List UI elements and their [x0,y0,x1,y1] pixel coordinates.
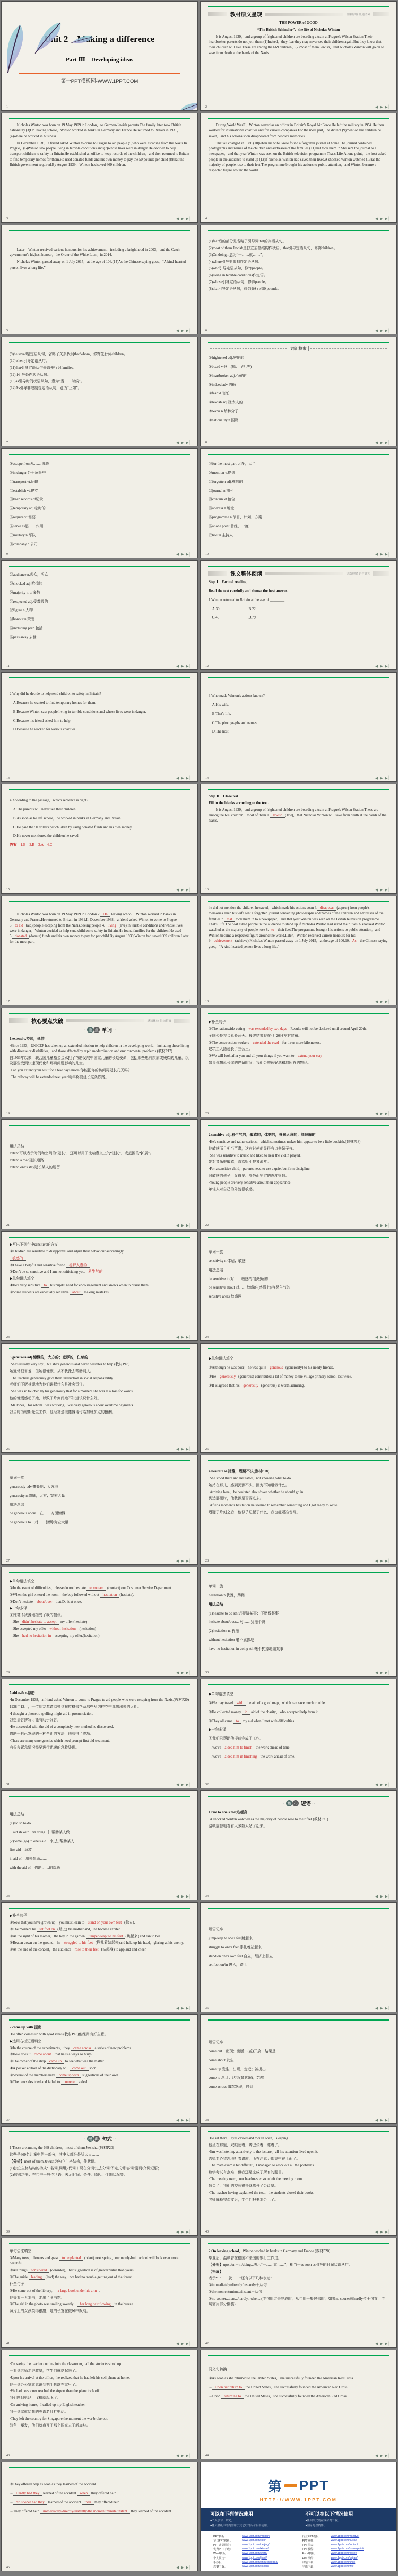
text-line: extend a road延长道路 [10,1158,189,1163]
text-line: A.Because he wanted to find temporary ho… [10,701,189,706]
text-segment: ①We may travel [209,1701,234,1705]
text-line: A.His wife. [209,703,388,708]
text-segment: ②The moment he [10,1928,37,1931]
text-line: ▶选用右栏短语填空 [10,2039,189,2044]
slide-nav-arrows-icon[interactable]: ◀ ▶ ▶▏ [176,1223,193,1228]
text-segment: (挣扎着站起来)and held up his head，glaring at … [96,1941,184,1945]
slide-content: THE POWER of GOOD“The British Schindler”… [201,20,396,56]
slide-nav-arrows-icon[interactable]: ◀ ▶ ▶▏ [176,217,193,221]
answer-blank: come out [70,2067,88,2071]
text-line: 4.hesitate vi.犹豫，迟疑不决(教材P18) [209,1469,388,1475]
header-bar-left [208,12,227,16]
text-line: 补全句子 [10,2282,189,2287]
link-url[interactable]: www.1ppt.com/ziti/ [331,2565,354,2569]
slide-4: During World WarⅡ，Winton served as an of… [200,113,397,223]
text-line: 短语记牢 [209,1927,388,1933]
section-header: 课文整体阅读语篇理解 语言建构 [208,569,389,577]
site-link[interactable]: 第一PPT模板网-WWW.1PPT.COM [2,77,197,84]
text-line: 老师解释完课文后，学生们把书本合上了。 [209,2198,388,2203]
slide-nav-arrows-icon[interactable]: ◀ ▶ ▶▏ [176,2454,193,2458]
slide-content: ▶单句语法填空①Although he was poor，he was quit… [201,1352,396,1389]
text-line: ⑭temporary adj.临时的 [10,506,189,511]
answer-blank: generous [267,1366,285,1370]
link-url[interactable]: www.1ppt.com/shouchaobao/ [242,2561,278,2564]
slide-nav-arrows-icon[interactable]: ◀ ▶ ▶▏ [375,1671,392,1675]
slide-top-rule [9,1237,190,1238]
link-url[interactable]: www.1ppt.com/jieri/ [242,2539,266,2543]
badge-label: 短语 [301,1799,311,1807]
link-label: Word模板： [213,2552,242,2555]
link-label: 个人简历： [213,2556,242,2560]
text-line: ㉗host n.主持人 [209,533,388,539]
text-line: 他敏感而且相当严肃，这有时使他显得有点书呆子气。 [209,1146,388,1152]
text-line: come out 出现；出版；(花)开放；结果是 [209,2049,388,2054]
badge-dots-icon: ·· [82,2137,86,2141]
page-number: 40 [205,2230,209,2234]
text-line: 2.come up with 提出 [10,2025,189,2031]
slide-nav-arrows-icon[interactable]: ◀ ▶ ▶▏ [176,2565,193,2570]
link-url[interactable]: www.1ppt.com/shiti/ [331,2561,356,2564]
text-line: Nicholas Winton was born on 19 May 1909 … [10,123,189,139]
text-segment: ②How does it [10,2053,31,2057]
text-line: (1)fear后的部分是省略了引导词that的宾语从句。 [209,239,388,244]
text-segment: → [10,2492,13,2495]
slide-top-rule [208,6,389,7]
link-label: 试题下载： [302,2561,331,2564]
usage-forbidden-item: ■刻录光盘销售。 [306,2524,387,2527]
text-line: ⑥The two sides tried and failed to come … [10,2080,189,2085]
slide-nav-arrows-icon[interactable]: ◀ ▶ ▶▏ [375,776,392,780]
text-segment: ②He collected money [209,1710,242,1714]
text-line: ②The moment he set foot on(踏上) his mothe… [10,1927,189,1933]
text-line: ·Mr Jones，for whom I was working，was ver… [10,1403,189,1408]
text-line: 数学考试有点难，但我还是完成了所有的题目。 [209,2170,388,2175]
slide-27: 单词一族generously adv.慷慨地；大方地generosity n.慷… [1,1455,198,1565]
text-line: 有很多紧急情况需要进行迅速的急救处理。 [10,1745,189,1751]
slide-23: ▶写出下列句中sensitive的含义①Children are sensiti… [1,1231,198,1341]
text-line: ·A shocked Winton watched as the majorit… [209,1817,388,1822]
page-number: 15 [6,888,10,892]
link-url[interactable]: www.1ppt.com/excel/ [331,2552,357,2555]
text-line: ④He's very sensitive to his pupils' need… [10,1283,189,1289]
slide-nav-arrows-icon[interactable]: ◀ ▶ ▶▏ [176,2118,193,2122]
slide-33: 用法总结(1)aid sb to do... aid sb with.../in… [1,1790,198,1900]
slide-top-rule [9,901,190,902]
text-segment: ④He's very sensitive [10,1284,41,1287]
text-line: (2)hesitation n. 犹豫 [209,1629,388,1634]
presentation-subtitle: Part Ⅲ Developing ideas [2,55,197,64]
slide-content: 5.aid n.& v.帮助·In December 1938，a friend… [2,1688,197,1751]
answer-blank: extend your stay [295,1054,325,1058]
link-row: PPT教程：www.1ppt.com/powerpoint/ [302,2547,384,2551]
text-line: 借助于自己发现的一种全新的方法，他获得了成功。 [10,1732,189,1737]
logo-dash-icon [284,2484,297,2487]
text-line: →She didn't hesitate to accept my offer.… [10,1620,189,1625]
link-url[interactable]: www.1ppt.com/word/ [242,2552,267,2555]
text-line: (4)where引导非限制性定语从句。 [209,260,388,265]
text-line: first aid 急救 [10,1848,189,1853]
page-number: 9 [6,553,8,556]
slides-grid: Unit 2 Making a differencePart Ⅲ Develop… [0,0,398,2572]
text-line: generosity n.慷慨，大方；宽宏大量 [10,1494,189,1499]
text-segment: ④Beaten down on the ground，he [10,1941,61,1945]
text-line: ·For a sensitive child，parents need to u… [209,1167,388,1172]
slide-nav-arrows-icon[interactable]: ◀ ▶ ▶▏ [176,1447,193,1451]
answer-blank: to [269,928,276,932]
text-line: jump/leap to one's feet跳起来 [209,1936,388,1942]
page-number: 32 [205,1783,209,1786]
slide-content: 1.These are among the 669 children，most … [2,2145,197,2178]
slide-content: 4.According to the passage，which sentenc… [2,793,197,849]
slide-content: ▶补全句子①Now that you have grown up，you mus… [2,1911,197,1953]
answer-blank: aided him to finish [222,1746,255,1750]
text-line: →Upon her return to the United States，sh… [209,2385,388,2390]
answer-blank: was extended by two days [246,1027,289,1031]
text-segment: . [325,1054,326,1058]
answer-blank: rose to their feet [72,1948,101,1952]
slide-13: 2.Why did he decide to help send childre… [1,672,198,782]
link-url[interactable]: www.1ppt.com/beijing/ [242,2543,270,2547]
slide-nav-arrows-icon[interactable]: ◀ ▶ ▶▏ [375,888,392,892]
text-line: (11)that引导定语从句修饰先行词families。 [10,366,189,371]
answer-blank: living [105,924,119,928]
badge-char: 重 [87,1027,93,1033]
answer-blank: came across [71,2046,93,2051]
slide-nav-arrows-icon[interactable]: ◀ ▶ ▶▏ [375,1000,392,1004]
link-url[interactable]: www.1ppt.com/powerpoint/ [331,2547,364,2551]
slide-top-rule [9,342,190,343]
link-url[interactable]: www.1ppt.com/jiaoan/ [242,2565,269,2569]
slide-top-rule [208,789,389,790]
slide-nav-arrows-icon[interactable]: ◀ ▶ ▶▏ [375,217,392,221]
text-segment: (跳起来) and ran to her. [125,1935,160,1938]
slide-nav-arrows-icon[interactable]: ◀ ▶ ▶▏ [176,1559,193,1563]
slide-6: (1)fear后的部分是省略了引导词that的宾语从句。(2)most of t… [200,225,397,334]
link-row: 教案下载：www.1ppt.com/jiaoan/ [213,2565,295,2569]
link-row: 个人简历：www.1ppt.com/jianli/ [213,2556,295,2560]
slide-nav-arrows-icon[interactable]: ◀ ▶ ▶▏ [375,1447,392,1451]
slide-nav-arrows-icon[interactable]: ◀ ▶ ▶▏ [375,2118,392,2122]
text-line: ⑧nationality n.国籍 [209,418,388,424]
slide-content: 单词一族generously adv.慷慨地；大方地generosity n.慷… [2,1464,197,1526]
text-segment: ③We will look after you and all your thi… [209,1054,295,1058]
link-row: Excel模板：www.1ppt.com/excel/ [302,2552,384,2555]
text-line: ④Beaten down on the ground，he struggled … [10,1940,189,1946]
text-segment: for three more kilometers. [281,1041,321,1045]
answer-blank: set foot on [37,1928,57,1932]
slide-nav-arrows-icon[interactable]: ◀ ▶ ▶▏ [176,440,193,445]
badge: ··核心短语·· [201,1799,396,1807]
text-line: (1)hesitate to do sth 迟疑做某事；不愿做某事 [209,1611,388,1617]
text-segment: ③At the sight of his mother，the boy in t… [10,1935,86,1938]
text-line: 用法总结 [10,1503,189,1508]
text-segment: ③They all came [209,1719,233,1723]
text-line: ·The teacher having explained the text，t… [209,2191,388,2196]
text-line: ·Can you extend your visit for a few day… [10,1068,189,1073]
text-line: D.Because he worked for various charitie… [10,727,189,733]
text-segment: .Results will not be declared until arou… [290,1027,367,1031]
text-line: ▶一句多译 [10,1606,189,1611]
text-segment: in the breeze. [114,2302,134,2306]
text-segment: they learned of the accident. [130,2510,172,2513]
slide-nav-arrows-icon[interactable]: ◀ ▶ ▶▏ [375,440,392,445]
answer-blank: than [82,2501,94,2505]
text-line: 短语记牢 [209,2040,388,2045]
text-line: 用法总结 [10,1144,189,1150]
slide-nav-arrows-icon[interactable]: ◀ ▶ ▶▏ [375,1783,392,1787]
link-label: 优秀PPT下载： [213,2547,242,2551]
slide-content: 用法总结(1)aid sb to do... aid sb with.../in… [2,1799,197,1872]
slide-nav-arrows-icon[interactable]: ◀ ▶ ▶▏ [176,1783,193,1787]
slide-2: 教材原文呈现理顺脉络 疏通清障THE POWER of GOOD“The Bri… [200,1,397,111]
slide-38: 短语记牢come out 出现；出版；(花)开放；结果是come about 发… [200,2014,397,2124]
vocab-header: 词汇检索 [210,346,387,351]
slide-content: 1.extend v.持续，延伸·Since 1953，UNICEF has t… [2,1036,197,1081]
text-segment: making mistakes. [83,1291,109,1294]
text-line: 【拓展】 [209,2270,388,2275]
text-segment: ②He [209,1375,217,1379]
text-line: (5)who引导定语从句，修饰people。 [209,266,388,271]
text-line: →Upon returning to the United States，she… [209,2394,388,2399]
usage-forbidden-title: 不可以在以下情况使用 [306,2510,387,2517]
text-line: 1.rise to one's feet站起身 [209,1810,388,1815]
text-segment: → [209,2386,212,2389]
text-line: 温顿震惊地看着大多数人站了起来。 [209,1824,388,1829]
text-segment: (donate) funds and his own money to pay … [10,934,188,943]
slide-nav-arrows-icon[interactable]: ◀ ▶ ▶▏ [375,2006,392,2010]
link-row: PPT素材：www.1ppt.com/sucai/ [302,2539,384,2543]
link-url[interactable]: www.1ppt.com/sucai/ [331,2539,357,2543]
text-line: (6)living in terrible conditions作定语。 [209,273,388,278]
text-line: come up 发生，出现，走近；被提出 [209,2067,388,2072]
text-line: ·She was so touched by his generosity th… [10,1389,189,1395]
text-line: come to 总计；达到(某状况)；苏醒 [209,2076,388,2081]
slide-nav-arrows-icon[interactable]: ◀ ▶ ▶▏ [375,664,392,668]
text-line: 战争一爆发，他们就离开了那个国家去了新加坡。 [10,2423,189,2429]
text-line: 到达那里时，他犹豫是否要进去。 [209,1496,388,1502]
text-line: ②All things considered (consider)，her su… [10,2268,189,2273]
answer-blank: Upon her return to [212,2386,245,2390]
slide-top-rule [9,1348,190,1349]
text-line: Nicholas Winton passed away on 1 July 20… [10,260,189,271]
slide-nav-arrows-icon[interactable]: ◀ ▶ ▶▏ [375,1223,392,1228]
badge-char: 经 [87,2136,93,2142]
slide-nav-arrows-icon[interactable]: ◀ ▶ ▶▏ [375,1111,392,1116]
answer-blank: in [242,1710,250,1715]
slide-nav-arrows-icon[interactable]: ◀ ▶ ▶▏ [375,1559,392,1563]
text-line: →We've aided him to finish the work ahea… [209,1745,388,1751]
text-line: ▶单句语法填空 [10,1276,189,1282]
text-line: 答案 1.B 2.B 3.A 4.C [10,843,189,848]
text-segment: →She [10,1620,20,1624]
text-line: 全国公投将会延长两天。最终结果将在4月20日左右宣布。 [209,1034,388,1039]
text-line: ④indeed adv.的确 [209,383,388,388]
slide-29: ▶单句语法填空①In the event of difficulties，ple… [1,1567,198,1677]
slide-nav-arrows-icon[interactable]: ◀ ▶ ▶▏ [176,1111,193,1116]
text-segment: →She accepted my offer [10,1627,47,1631]
slide-nav-arrows-icon[interactable]: ◀ ▶ ▶▏ [375,1335,392,1339]
link-url[interactable]: www.1ppt.com/moban/ [242,2535,270,2538]
page-number: 24 [205,1336,209,1339]
text-line: (10)when引导定语从句。 [10,359,189,364]
answer-blank: generosity [240,1384,261,1388]
slide-nav-arrows-icon[interactable]: ◀ ▶ ▶▏ [375,2230,392,2234]
text-line: ①The nationwide voting was extended by t… [209,1027,388,1032]
dash-rule [310,348,387,349]
text-segment: my aid when I met with difficulties. [241,1719,295,1723]
answer-blank: As [350,939,359,943]
slide-40: ·He sat there，eyes closed and mouth open… [200,2126,397,2236]
text-line: That all changed in 1988 (10)when his wi… [209,141,388,174]
slide-nav-arrows-icon[interactable]: ◀ ▶ ▶▏ [176,1894,193,1899]
slide-content: 1.rise to one's feet站起身·A shocked Winton… [201,1809,396,1829]
text-line: ①immediately/directly/instantly＋从句 [209,2283,388,2288]
text-line: 他夹着一大本书，走出了图书馆。 [10,2296,189,2301]
text-segment: (contact) our Customer Service Departmen… [106,1586,172,1590]
slide-32: ▶单句语法填空①We may travel with the aid of a … [200,1679,397,1788]
slide-nav-arrows-icon[interactable]: ◀ ▶ ▶▏ [176,2230,193,2234]
text-line: Read the text carefully and choose the b… [209,589,388,594]
usage-band: 可以在下列情况使用■个人学习，研究。■拷贝模板中的内容用于其它幻灯片母版中使用。… [201,2508,396,2531]
page-number: 13 [6,777,10,780]
text-line: 他坐在那里，双眼闭着，嘴巴张着，睡着了。 [209,2143,388,2148]
link-url[interactable]: www.1ppt.com/jianli/ [242,2556,267,2560]
badge-dots-icon: ·· [82,1028,86,1032]
text-segment: (consider)，her suggestion is of greater … [49,2269,134,2272]
slide-nav-arrows-icon[interactable]: ◀ ▶ ▶▏ [176,888,193,892]
text-line: D.The host. [209,729,388,735]
link-label: Excel模板： [302,2552,331,2555]
text-line: ㉜figure n.人物 [10,608,189,613]
slide-content: ▶补全句子①The nationwide voting was extended… [201,1017,396,1066]
slide-16: Step Ⅱ Cloze testFill in the blanks acco… [200,784,397,894]
link-url[interactable]: www.1ppt.com/tubiao/ [331,2543,358,2547]
slide-nav-arrows-icon[interactable]: ◀ ▶ ▶▏ [176,776,193,780]
slide-nav-arrows-icon[interactable]: ◀ ▶ ▶▏ [375,2454,392,2458]
slide-14: 3.Who made Winton's actions known? A.His… [200,672,397,782]
slide-nav-arrows-icon[interactable]: ◀ ▶ ▶▏ [176,2342,193,2346]
text-segment: ⑤At the end of the concert，the audience [10,1948,72,1952]
slide-9: ⑨escape from从……逃脱⑩in danger 处于危险中⑪transp… [1,448,198,558]
slide-nav-arrows-icon[interactable]: ◀ ▶ ▶▏ [375,329,392,333]
slide-content: he did not mention the children he saved… [201,905,396,950]
slide-nav-arrows-icon[interactable]: ◀ ▶ ▶▏ [375,2342,392,2346]
link-url[interactable]: www.1ppt.com/hangye/ [331,2535,360,2538]
page-number: 41 [6,2342,10,2345]
text-segment: to see what was the matter. [64,2060,105,2063]
text-line: without hesitation 毫不犹豫地 [209,1638,388,1643]
slide-nav-arrows-icon[interactable]: ◀ ▶ ▶▏ [176,1671,193,1675]
text-line: 2.On leaving school，Winton worked in ban… [209,2249,388,2254]
slide-content: 4.hesitate vi.犹豫，迟疑不决(教材P18)·She stood t… [201,1464,396,1516]
link-list-left: PPT模板：www.1ppt.com/moban/节日PPT模板：www.1pp… [213,2534,295,2569]
slide-content: 单词一族hesitation n.犹豫，踌躇用法总结(1)hesitate to… [201,1576,396,1652]
text-line: 毕业后，温顿曾在德国和法国的银行工作过。 [209,2256,388,2261]
page-number: 10 [205,553,209,556]
text-line: ②He generously(generous) contributed a l… [209,1374,388,1380]
slide-top-rule [208,1908,389,1909]
text-line: (2)come (go) to one's aid 来(去)帮助某人 [10,1839,189,1845]
answer-blank: when [77,2492,90,2496]
text-line: (7)whose引导定语从句，修饰people。 [209,280,388,285]
slide-content: ·On seeing the teacher coming into the c… [2,2359,197,2429]
slide-5: Later，Winton received various honours fo… [1,225,198,334]
badge-char: 点 [93,1027,100,1033]
text-line: ④我们已帮助他提前完成了工作。 [209,1736,388,1742]
text-line: (12)if引导条件状语从句。 [10,373,189,378]
answer-blank: considered [28,2269,49,2273]
slide-nav-arrows-icon[interactable]: ◀ ▶ ▶▏ [176,329,193,333]
slide-top-rule [208,230,389,231]
slide-top-rule [208,2131,389,2132]
slide-content: 2.Why did he decide to help send childre… [2,681,197,733]
answer-blank: hesitation [100,1593,120,1598]
text-line: ⑰military n.军队 [10,533,189,539]
slide-25: 3.generous adj.慷慨的，大方的；宽厚的，仁慈的·She's usu… [1,1343,198,1453]
link-url[interactable]: www.1ppt.com/kejian/ [331,2556,358,2560]
slide-top-rule [9,677,190,678]
text-line: ㉕programme n.节目，计划，方案 [209,515,388,521]
text-line: ⑩in danger 处于危险中 [10,471,189,476]
text-line: ·Since 1953，UNICEF has taken up an exten… [10,1044,189,1055]
text-segment: ①In the course of the experiments，they [10,2046,71,2050]
answer-blank: struggled to his feet [61,1941,96,1945]
slide-content: 2.sensitive adj.易生气的；敏感的；体贴的，善解人意的；能理解的·… [201,1128,396,1193]
answer-blank: stand on your own feet [85,1921,124,1925]
slide-nav-arrows-icon[interactable]: ◀ ▶ ▶▏ [176,1335,193,1339]
text-line: ㉘audience n.观众，听众 [10,572,189,578]
answer-blank: to [41,1284,49,1288]
slide-nav-arrows-icon[interactable]: ◀ ▶ ▶▏ [375,552,392,557]
text-line: (9)he saved是定语从句，省略了关系代词that/whom，修饰先行词c… [10,352,189,357]
slide-content: 短语记牢jump/leap to one's feet跳起来struggle t… [201,1911,396,1969]
answer-blank: about [70,1291,83,1295]
text-line: ②He collected money in aid of the charit… [209,1710,388,1715]
slide-19: 核心要点突破感知体验 归纳拓展··重点单词··1.extend v.持续，延伸·… [1,1008,198,1117]
answer-blank: to be planted [59,2256,84,2261]
page-number: 36 [205,2007,209,2010]
slide-34: ··核心短语··1.rise to one's feet站起身·A shocke… [200,1790,397,1900]
link-label: 手抄报： [213,2561,242,2564]
text-line: 4.According to the passage，which sentenc… [10,798,189,804]
slide-nav-arrows-icon[interactable]: ◀ ▶ ▶▏ [176,664,193,668]
page-number: 37 [6,2119,10,2122]
slide-top-rule [208,2355,389,2356]
page-number: 23 [6,1336,10,1339]
slide-nav-arrows-icon[interactable]: ◀ ▶ ▶▏ [375,105,392,109]
slide-top-rule [9,2467,190,2468]
slide-nav-arrows-icon[interactable]: ◀ ▶ ▶▏ [176,552,193,557]
text-line: ⑫establish vt.建立 [10,489,189,494]
text-line: ⑲for the most part 大多，大半 [209,462,388,467]
text-line: ▶写出下列句中sensitive的含义 [10,1242,189,1248]
text-line: ·Arriving here，he hesitated about/over w… [209,1490,388,1495]
slide-nav-arrows-icon[interactable]: ◀ ▶ ▶▏ [375,1894,392,1899]
slide-top-rule [9,2355,190,2356]
text-line: (14)As引导非限制性定语从句，意为“正如”。 [10,386,189,391]
text-line: ③It is agreed that his generosity(genero… [209,1383,388,1389]
page-number: 26 [205,1448,209,1451]
slide-nav-arrows-icon[interactable]: ◀ ▶ ▶▏ [176,2006,193,2010]
text-line: 年轻人对自己的外貌很敏感。 [209,1187,388,1193]
slide-nav-arrows-icon[interactable]: ◀ ▶ ▶▏ [176,1000,193,1004]
slide-top-rule [9,2131,190,2132]
link-url[interactable]: www.1ppt.com/xiazai/ [242,2547,269,2551]
promo-url[interactable]: HTTP://WWW.1PPT.COM [201,2497,396,2502]
page-number: 20 [205,1112,209,1115]
text-line: 3.generous adj.慷慨的，大方的；宽厚的，仁慈的 [10,1355,189,1361]
text-segment: (站起身) to applaud and cheer. [101,1948,147,1952]
